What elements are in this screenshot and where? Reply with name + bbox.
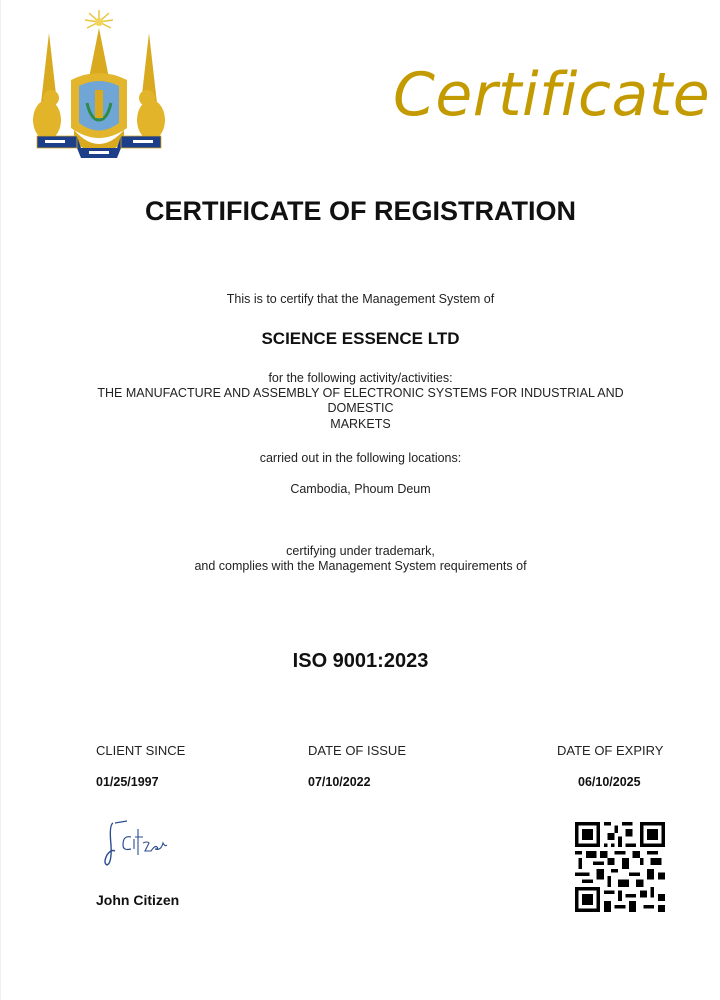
signature-image: [101, 815, 181, 870]
date-of-issue-value: 07/10/2022: [308, 775, 371, 789]
client-since-label: CLIENT SINCE: [96, 743, 185, 758]
activity-intro-text: for the following activity/activities:: [1, 371, 720, 385]
certificate-script-title: Certificate: [393, 60, 710, 130]
trademark-text-1: certifying under trademark,: [1, 544, 720, 558]
qr-code-icon[interactable]: [575, 822, 665, 912]
company-name: SCIENCE ESSENCE LTD: [1, 329, 720, 349]
iso-standard: ISO 9001:2023: [1, 650, 720, 673]
certificate-page: Certificate CERTIFICATE OF REGISTRATION …: [0, 0, 720, 1000]
location-text: Cambodia, Phoum Deum: [1, 482, 720, 496]
date-of-issue-label: DATE OF ISSUE: [308, 743, 406, 758]
client-since-value: 01/25/1997: [96, 775, 159, 789]
date-of-expiry-value: 06/10/2025: [578, 775, 641, 789]
coat-of-arms-emblem-icon: [29, 8, 169, 168]
certify-intro-text: This is to certify that the Management S…: [1, 292, 720, 306]
signer-name: John Citizen: [96, 892, 179, 908]
page-title: CERTIFICATE OF REGISTRATION: [1, 196, 720, 227]
trademark-text-2: and complies with the Management System …: [1, 559, 720, 573]
locations-intro-text: carried out in the following locations:: [1, 451, 720, 465]
date-of-expiry-label: DATE OF EXPIRY: [557, 743, 663, 758]
activity-line-1: THE MANUFACTURE AND ASSEMBLY OF ELECTRON…: [1, 386, 720, 400]
activity-line-3: MARKETS: [1, 417, 720, 431]
activity-line-2: DOMESTIC: [1, 401, 720, 415]
